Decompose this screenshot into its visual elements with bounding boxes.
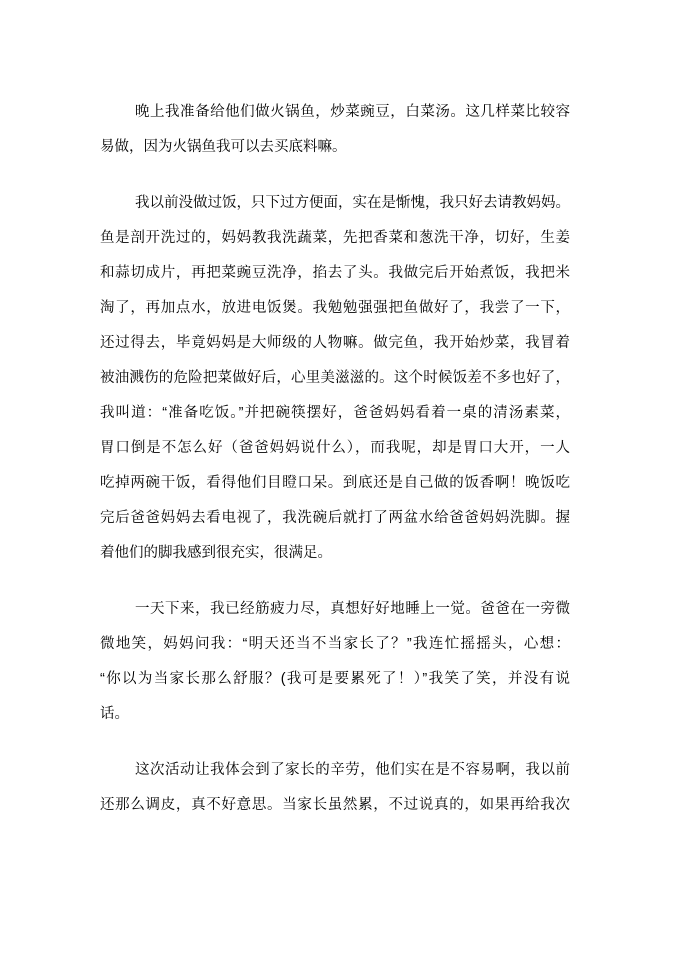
- text-line: 被油溅伤的危险把菜做好后，心里美滋滋的。这个时候饭差不多也好了，: [100, 361, 570, 396]
- text-line: 鱼是剖开洗过的，妈妈教我洗蔬菜，先把香菜和葱洗干净，切好，生姜: [100, 221, 570, 256]
- paragraph: 我以前没做过饭，只下过方便面，实在是惭愧，我只好去请教妈妈。鱼是剖开洗过的，妈妈…: [100, 186, 570, 571]
- text-line: 晚上我准备给他们做火锅鱼，炒菜豌豆，白菜汤。这几样菜比较容: [100, 95, 570, 130]
- text-line: 完后爸爸妈妈去看电视了，我洗碗后就打了两盆水给爸爸妈妈洗脚。握: [100, 501, 570, 536]
- text-line: 易做，因为火锅鱼我可以去买底料嘛。: [100, 130, 570, 165]
- text-line: 微地笑，妈妈问我：“明天还当不当家长了？”我连忙摇摇头，心想：: [100, 627, 570, 662]
- text-line: 还那么调皮，真不好意思。当家长虽然累，不过说真的，如果再给我次: [100, 788, 570, 823]
- text-line: 和蒜切成片，再把菜豌豆洗净，掐去了头。我做完后开始煮饭，我把米: [100, 256, 570, 291]
- paragraph: 这次活动让我体会到了家长的辛劳，他们实在是不容易啊，我以前还那么调皮，真不好意思…: [100, 753, 570, 823]
- document-body: 晚上我准备给他们做火锅鱼，炒菜豌豆，白菜汤。这几样菜比较容易做，因为火锅鱼我可以…: [100, 95, 570, 844]
- text-line: 一天下来，我已经筋疲力尽，真想好好地睡上一觉。爸爸在一旁微: [100, 592, 570, 627]
- text-line: 吃掉两碗干饭，看得他们目瞪口呆。到底还是自己做的饭香啊！晚饭吃: [100, 466, 570, 501]
- text-line: 我以前没做过饭，只下过方便面，实在是惭愧，我只好去请教妈妈。: [100, 186, 570, 221]
- text-line: 淘了，再加点水，放进电饭煲。我勉勉强强把鱼做好了，我尝了一下，: [100, 291, 570, 326]
- text-line: 着他们的脚我感到很充实，很满足。: [100, 536, 570, 571]
- text-line: 我叫道：“准备吃饭。”并把碗筷摆好，爸爸妈妈看着一桌的清汤素菜，: [100, 396, 570, 431]
- text-line: 还过得去，毕竟妈妈是大师级的人物嘛。做完鱼，我开始炒菜，我冒着: [100, 326, 570, 361]
- paragraph: 一天下来，我已经筋疲力尽，真想好好地睡上一觉。爸爸在一旁微微地笑，妈妈问我：“明…: [100, 592, 570, 732]
- text-line: 胃口倒是不怎么好（爸爸妈妈说什么），而我呢，却是胃口大开，一人: [100, 431, 570, 466]
- paragraph: 晚上我准备给他们做火锅鱼，炒菜豌豆，白菜汤。这几样菜比较容易做，因为火锅鱼我可以…: [100, 95, 570, 165]
- document-page: 晚上我准备给他们做火锅鱼，炒菜豌豆，白菜汤。这几样菜比较容易做，因为火锅鱼我可以…: [0, 0, 690, 976]
- text-line: 这次活动让我体会到了家长的辛劳，他们实在是不容易啊，我以前: [100, 753, 570, 788]
- text-line: 话。: [100, 697, 570, 732]
- text-line: “你以为当家长那么舒服？(我可是要累死了！）”我笑了笑，并没有说: [100, 662, 570, 697]
